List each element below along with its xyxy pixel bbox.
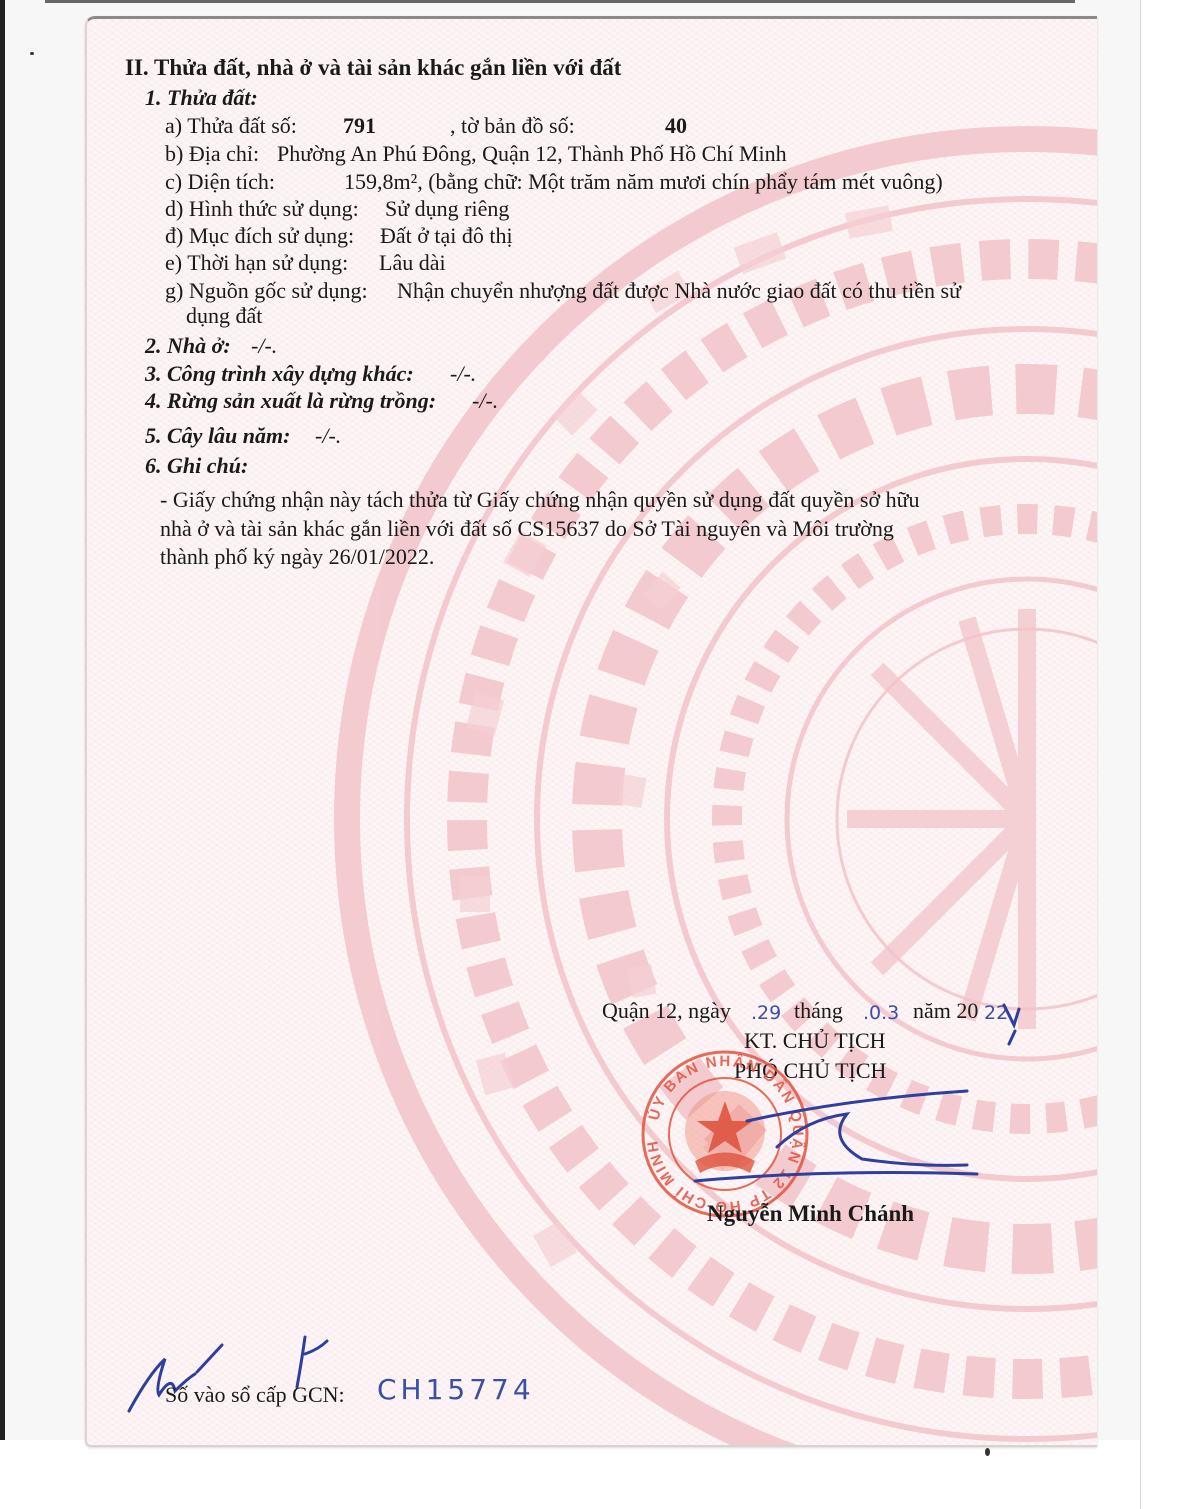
certificate-page: II. Thửa đất, nhà ở và tài sản khác gắn … bbox=[85, 16, 1097, 1447]
initials-icon bbox=[87, 19, 1097, 1445]
left-edge bbox=[0, 0, 5, 1509]
bottom-margin bbox=[0, 1440, 1140, 1509]
top-edge bbox=[45, 0, 1075, 3]
registry-label: Số vào sổ cấp GCN: bbox=[165, 1382, 345, 1408]
speck bbox=[985, 1448, 990, 1456]
registry-number: CH15774 bbox=[377, 1377, 535, 1403]
speck bbox=[30, 52, 34, 55]
right-margin bbox=[1140, 0, 1179, 1509]
